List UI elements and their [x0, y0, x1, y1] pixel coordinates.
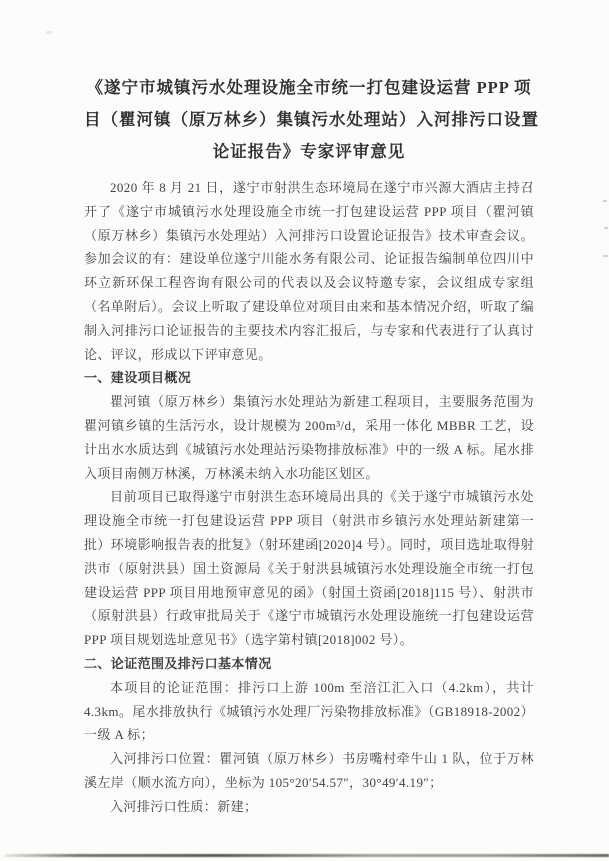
- section-2-heading: 二、论证范围及排污口基本情况: [84, 652, 534, 676]
- paragraph-meeting-intro: 2020 年 8 月 21 日，遂宁市射洪生态环境局在遂宁市兴源大酒店主持召开了…: [84, 176, 534, 366]
- paragraph-argument-scope: 本项目的论证范围：排污口上游 100m 至涪江汇入口（4.2km），共计 4.3…: [84, 676, 534, 747]
- document-title-line-2: 目（瞿河镇（原万林乡）集镇污水处理站）入河排污口设置: [84, 104, 534, 136]
- document-title-line-3: 论证报告》专家评审意见: [84, 136, 534, 168]
- scan-bottom-edge-line: [5, 854, 609, 857]
- section-1-heading: 一、建设项目概况: [84, 366, 534, 390]
- scan-canvas: { "page": { "background_color": "#fcfcfa…: [0, 0, 609, 861]
- paragraph-outlet-location: 入河排污口位置：瞿河镇（原万林乡）书房嘴村牵牛山 1 队，位于万林溪左岸（顺水流…: [84, 747, 534, 795]
- document-title: 《遂宁市城镇污水处理设施全市统一打包建设运营 PPP 项 目（瞿河镇（原万林乡）…: [84, 72, 534, 168]
- paragraph-project-approvals: 目前项目已取得遂宁市射洪生态环境局出具的《关于遂宁市城镇污水处理设施全市统一打包…: [84, 485, 534, 652]
- scan-speck: [46, 31, 52, 34]
- scan-speck: [603, 200, 607, 202]
- document-title-line-1: 《遂宁市城镇污水处理设施全市统一打包建设运营 PPP 项: [84, 72, 534, 104]
- paragraph-outlet-nature: 入河排污口性质：新建；: [84, 795, 534, 819]
- scan-speck: [604, 227, 608, 229]
- scan-speck: [603, 255, 608, 257]
- paragraph-project-overview: 瞿河镇（原万林乡）集镇污水处理站为新建工程项目，主要服务范围为瞿河镇乡镇的生活污…: [84, 390, 534, 485]
- document-page: 《遂宁市城镇污水处理设施全市统一打包建设运营 PPP 项 目（瞿河镇（原万林乡）…: [84, 72, 534, 819]
